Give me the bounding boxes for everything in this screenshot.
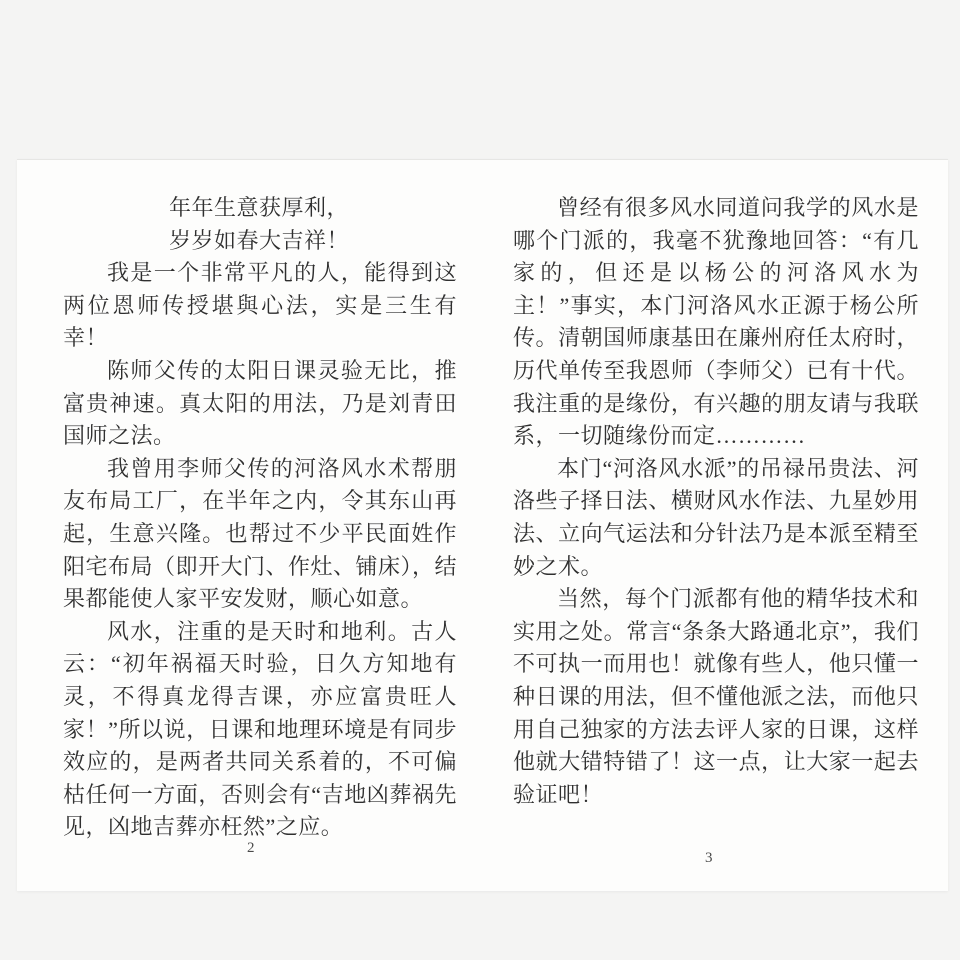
paragraph: 当然，每个门派都有他的精华技术和实用之处。常言“条条大路通北京”，我们不可执一而…: [513, 583, 919, 811]
right-page: 曾经有很多风水同道问我学的风水是哪个门派的，我毫不犹豫地回答：“有几家的，但还是…: [513, 192, 919, 811]
paragraph: 曾经有很多风水同道问我学的风水是哪个门派的，我毫不犹豫地回答：“有几家的，但还是…: [513, 192, 919, 453]
paragraph: 本门“河洛风水派”的吊禄吊贵法、河洛些子择日法、横财风水作法、九星妙用法、立向气…: [513, 453, 919, 583]
photo-background: 年年生意获厚利， 岁岁如春大吉祥！ 我是一个非常平凡的人，能得到这两位恩师传授堪…: [0, 0, 960, 960]
page-number-right: 3: [705, 850, 713, 867]
paragraph: 风水，注重的是天时和地利。古人云：“初年祸福天时验，日久方知地有灵，不得真龙得吉…: [63, 616, 457, 844]
paragraph: 我是一个非常平凡的人，能得到这两位恩师传授堪與心法，实是三生有幸！: [63, 257, 457, 355]
verse-line-1: 年年生意获厚利，: [63, 192, 457, 225]
book-spread: 年年生意获厚利， 岁岁如春大吉祥！ 我是一个非常平凡的人，能得到这两位恩师传授堪…: [17, 159, 948, 891]
paragraph: 我曾用李师父传的河洛风水术帮朋友布局工厂，在半年之内，令其东山再起，生意兴隆。也…: [63, 453, 457, 616]
left-page: 年年生意获厚利， 岁岁如春大吉祥！ 我是一个非常平凡的人，能得到这两位恩师传授堪…: [63, 192, 457, 844]
paragraph: 陈师父传的太阳日课灵验无比，推富贵神速。真太阳的用法，乃是刘青田国师之法。: [63, 355, 457, 453]
page-number-left: 2: [247, 840, 255, 857]
verse-line-2: 岁岁如春大吉祥！: [63, 225, 457, 258]
